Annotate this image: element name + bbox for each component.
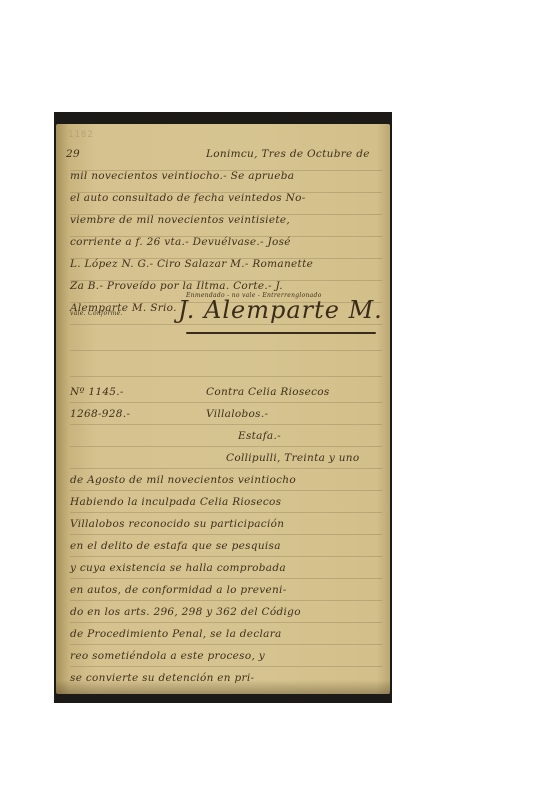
text-line: viembre de mil novecientos veintisiete, xyxy=(70,214,290,226)
ruled-line xyxy=(70,350,382,351)
roll-number: 1268-928.- xyxy=(70,408,130,420)
ruled-line xyxy=(70,644,382,645)
text-line: Habiendo la inculpada Celia Riosecos xyxy=(70,496,281,508)
scanned-ledger-image: 1182 29 Lonimcu, Tres de Octubre de mil … xyxy=(54,112,392,703)
ruled-line xyxy=(70,446,382,447)
margin-note: vale. Conforme. xyxy=(70,310,123,317)
case-caption: Villalobos.- xyxy=(206,408,268,420)
case-caption: Estafa.- xyxy=(238,430,281,442)
ruled-line xyxy=(70,622,382,623)
ruled-line xyxy=(70,324,382,325)
ledger-page: 1182 29 Lonimcu, Tres de Octubre de mil … xyxy=(56,124,390,694)
text-line: mil novecientos veintiocho.- Se aprueba xyxy=(70,170,294,182)
text-line: y cuya existencia se halla comprobada xyxy=(70,562,286,574)
text-line: reo sometiéndola a este proceso, y xyxy=(70,650,265,662)
text-line: L. López N. G.- Ciro Salazar M.- Romanet… xyxy=(70,258,313,270)
text-line: en el delito de estafa que se pesquisa xyxy=(70,540,281,552)
ruled-line xyxy=(70,490,382,491)
text-line: Villalobos reconocido su participación xyxy=(70,518,284,530)
ruled-line xyxy=(70,468,382,469)
text-line: Za B.- Proveído por la Iltma. Corte.- J. xyxy=(70,280,283,292)
ruled-line xyxy=(70,424,382,425)
entry-number: 29 xyxy=(66,148,80,160)
text-line: de Procedimiento Penal, se la declara xyxy=(70,628,282,640)
case-caption: Contra Celia Riosecos xyxy=(206,386,330,398)
ruled-line xyxy=(70,556,382,557)
ruled-line xyxy=(70,534,382,535)
ruled-line xyxy=(70,666,382,667)
text-line: se convierte su detención en pri- xyxy=(70,672,254,684)
text-line: el auto consultado de fecha veintedos No… xyxy=(70,192,306,204)
page-stamp: 1182 xyxy=(68,130,94,140)
text-line: Lonimcu, Tres de Octubre de xyxy=(206,148,370,160)
text-line: en autos, de conformidad a lo preveni- xyxy=(70,584,287,596)
ruled-line xyxy=(70,600,382,601)
ruled-line xyxy=(70,402,382,403)
signature: J. Alemparte M. xyxy=(178,296,383,324)
entry-number: Nº 1145.- xyxy=(70,386,124,398)
text-line: do en los arts. 296, 298 y 362 del Códig… xyxy=(70,606,301,618)
text-line: corriente a f. 26 vta.- Devuélvase.- Jos… xyxy=(70,236,291,248)
ruled-line xyxy=(70,578,382,579)
text-line: Collipulli, Treinta y uno xyxy=(226,452,359,464)
text-line: de Agosto de mil novecientos veintiocho xyxy=(70,474,296,486)
signature-underline xyxy=(186,332,376,334)
ruled-line xyxy=(70,512,382,513)
ruled-line xyxy=(70,376,382,377)
